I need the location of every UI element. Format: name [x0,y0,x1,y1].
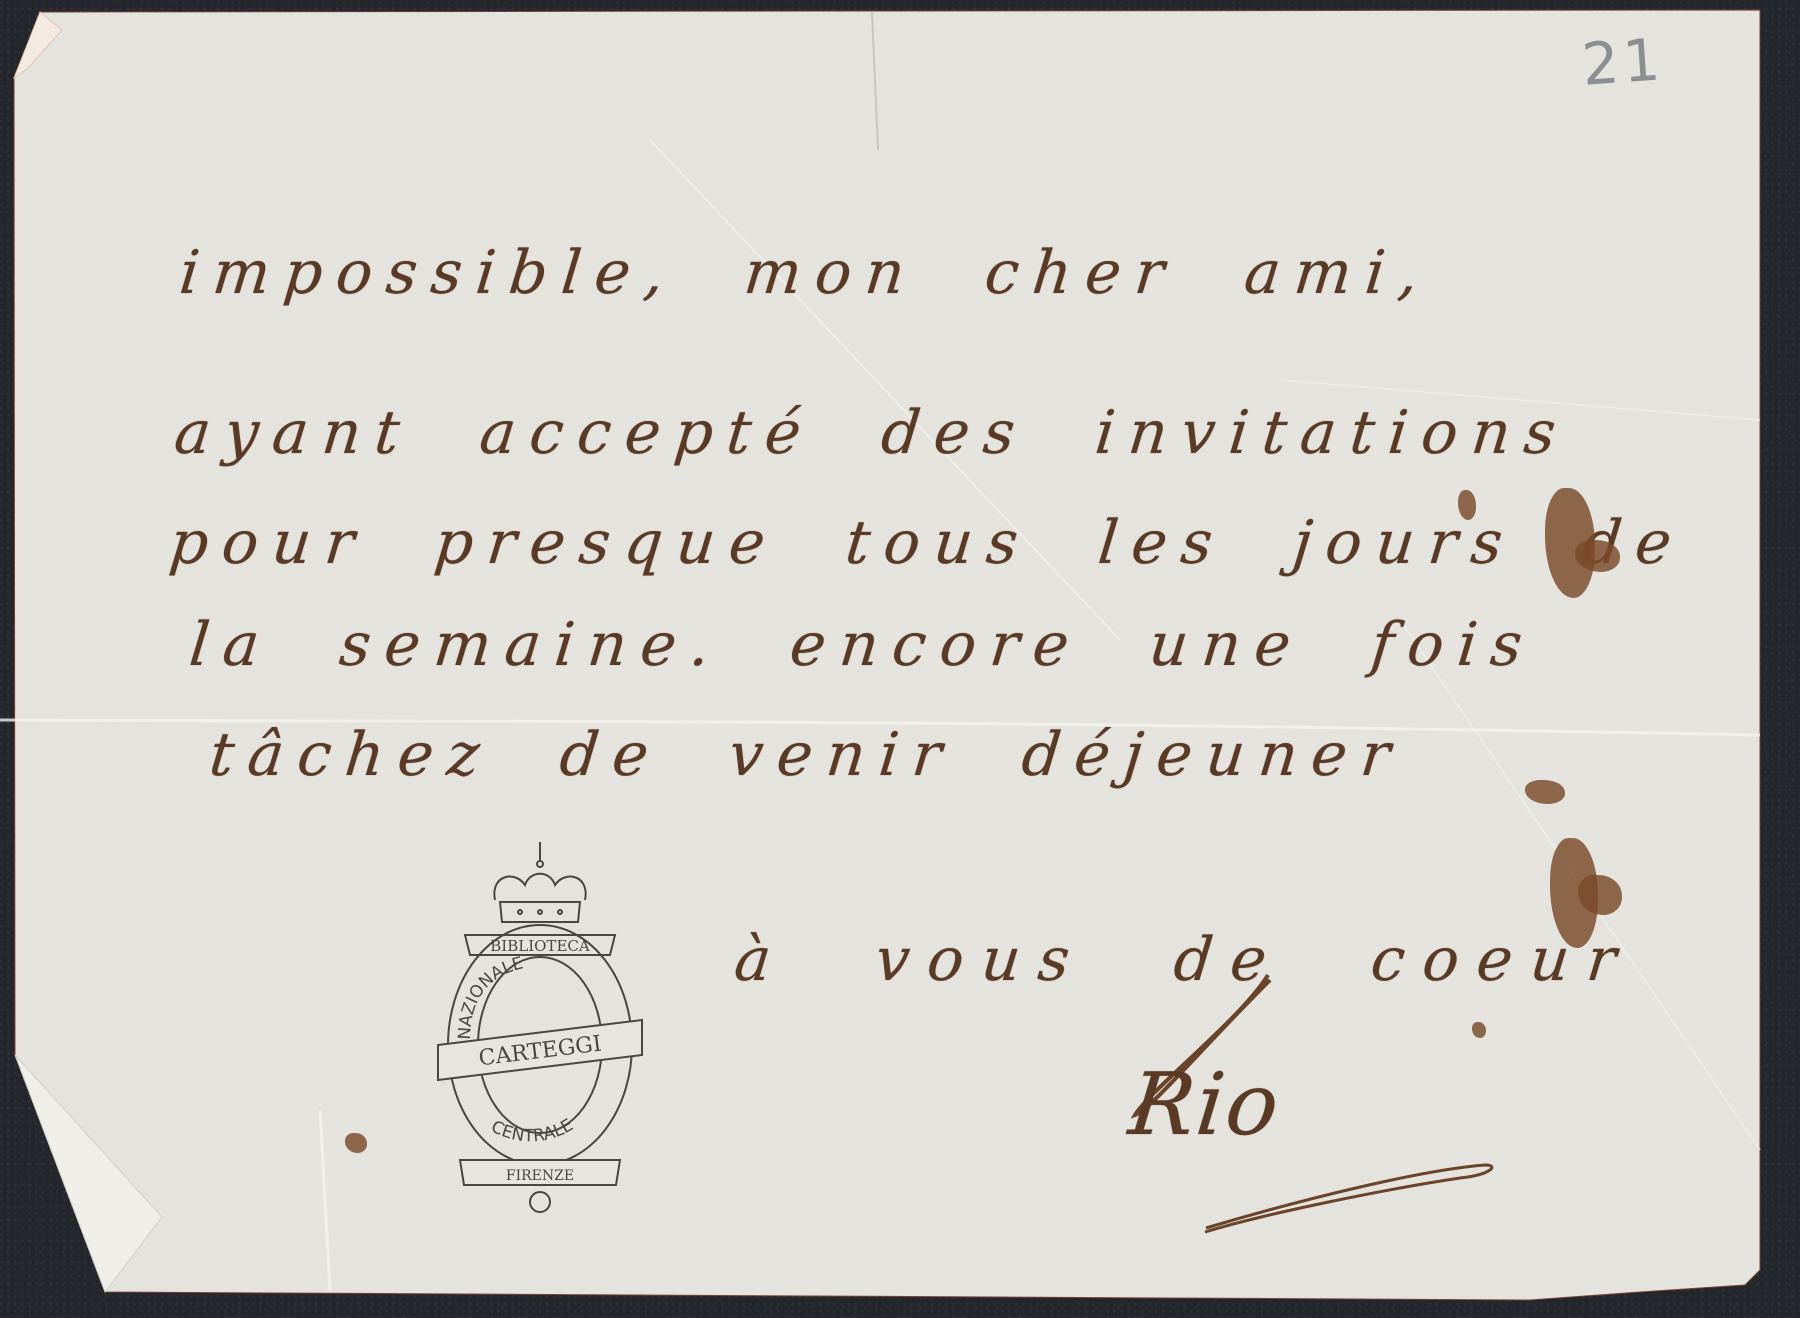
folio-number: 21 [1580,25,1666,99]
letter-sheet: 21 impossible, mon cher ami, ayant accep… [0,0,1800,1318]
signature: Rio [1125,1055,1286,1155]
letter-line-1: impossible, mon cher ami, [176,238,1435,308]
letter-line-3: pour presque tous les jours de [166,508,1688,578]
svg-text:BIBLIOTECA: BIBLIOTECA [490,937,590,955]
closing-line: à vous de coeur [731,925,1637,995]
svg-text:FIRENZE: FIRENZE [506,1168,574,1184]
letter-line-2: ayant accepté des invitations [171,398,1573,468]
ink-stain [1458,490,1476,520]
svg-text:CENTRALE: CENTRALE [488,1115,577,1146]
ink-stain [1472,1022,1486,1038]
stamp-graphic: BIBLIOTECA CARTEGGI FIRENZE NAZIONALE CE… [430,840,650,1220]
ink-stain [345,1133,367,1153]
svg-text:NAZIONALE: NAZIONALE [455,953,525,1040]
crown-icon [494,842,585,922]
letter-line-4: la semaine. encore une fois [186,610,1539,680]
letter-line-5: tâchez de venir déjeuner [206,720,1407,790]
library-stamp: BIBLIOTECA CARTEGGI FIRENZE NAZIONALE CE… [430,840,650,1220]
